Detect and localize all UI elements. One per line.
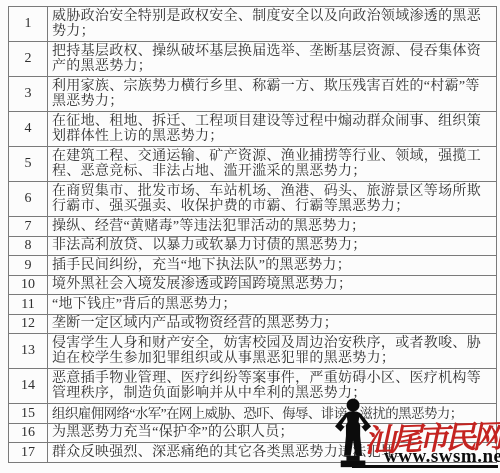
table-row: 10境外黑社会入境发展渗透或跨国跨境黑恶势力； — [9, 275, 497, 295]
row-text-cell: 把持基层政权、操纵破坏基层换届选举、垄断基层资源、侵吞集体资产的黑恶势力； — [48, 42, 497, 77]
row-number-cell: 11 — [9, 295, 48, 315]
table-row: 6在商贸集市、批发市场、车站机场、渔港、码头、旅游景区等场所欺行霸市、强买强卖、… — [9, 182, 497, 217]
table-row: 13侵害学生人身和财产安全，妨害校园及周边治安秩序，或者教唆、胁迫在校学生参加犯… — [9, 334, 497, 369]
row-text-cell: 组织雇佣网络“水军”在网上威胁、恐吓、侮辱、诽谤、滋扰的黑恶势力； — [48, 404, 497, 424]
row-number-cell: 2 — [9, 42, 48, 77]
row-number-cell: 15 — [9, 404, 48, 424]
row-text-cell: 在建筑工程、交通运输、矿产资源、渔业捕捞等行业、领域，强揽工程、恶意竞标、非法占… — [48, 147, 497, 182]
row-number-cell: 6 — [9, 182, 48, 217]
table-row: 3利用家族、宗族势力横行乡里、称霸一方、欺压残害百姓的“村霸”等黑恶势力； — [9, 77, 497, 112]
row-number-cell: 17 — [9, 443, 48, 463]
row-text-cell: 在商贸集市、批发市场、车站机场、渔港、码头、旅游景区等场所欺行霸市、强买强卖、收… — [48, 182, 497, 217]
table-row: 5在建筑工程、交通运输、矿产资源、渔业捕捞等行业、领域，强揽工程、恶意竞标、非法… — [9, 147, 497, 182]
row-text-cell: 群众反映强烈、深恶痛绝的其它各类黑恶势力违法犯罪。 — [48, 443, 497, 463]
row-text-cell: 插手民间纠纷，充当“地下执法队”的黑恶势力； — [48, 256, 497, 276]
black-evil-forces-table: 1威胁政治安全特别是政权安全、制度安全以及向政治领域渗透的黑恶势力； 2把持基层… — [8, 6, 497, 463]
row-text-cell: 非法高利放贷、以暴力或软暴力讨债的黑恶势力； — [48, 236, 497, 256]
table-row: 16为黑恶势力充当“保护伞”的公职人员； — [9, 423, 497, 443]
row-text-cell: 在征地、租地、拆迁、工程项目建设等过程中煽动群众闹事、组织策划群体性上访的黑恶势… — [48, 112, 497, 147]
row-number-cell: 1 — [9, 7, 48, 42]
table-row: 11“地下钱庄”背后的黑恶势力； — [9, 295, 497, 315]
row-text-cell: 垄断一定区域内产品或物资经营的黑恶势力； — [48, 314, 497, 334]
row-number-cell: 14 — [9, 369, 48, 404]
row-text-cell: 威胁政治安全特别是政权安全、制度安全以及向政治领域渗透的黑恶势力； — [48, 7, 497, 42]
row-number-cell: 4 — [9, 112, 48, 147]
row-text-cell: 操纵、经营“黄赌毒”等违法犯罪活动的黑恶势力； — [48, 217, 497, 237]
row-number-cell: 16 — [9, 423, 48, 443]
table-row: 17群众反映强烈、深恶痛绝的其它各类黑恶势力违法犯罪。 — [9, 443, 497, 463]
row-number-cell: 8 — [9, 236, 48, 256]
row-number-cell: 12 — [9, 314, 48, 334]
row-number-cell: 13 — [9, 334, 48, 369]
row-text-cell: 恶意插手物业管理、医疗纠纷等案事件，严重妨碍小区、医疗机构等管理秩序，制造负面影… — [48, 369, 497, 404]
table-row: 4在征地、租地、拆迁、工程项目建设等过程中煽动群众闹事、组织策划群体性上访的黑恶… — [9, 112, 497, 147]
watermark-underline — [352, 465, 498, 468]
table-row: 7操纵、经营“黄赌毒”等违法犯罪活动的黑恶势力； — [9, 217, 497, 237]
table-row: 1威胁政治安全特别是政权安全、制度安全以及向政治领域渗透的黑恶势力； — [9, 7, 497, 42]
row-text-cell: 侵害学生人身和财产安全，妨害校园及周边治安秩序，或者教唆、胁迫在校学生参加犯罪组… — [48, 334, 497, 369]
table-row: 12垄断一定区域内产品或物资经营的黑恶势力； — [9, 314, 497, 334]
table-row: 2把持基层政权、操纵破坏基层换届选举、垄断基层资源、侵吞集体资产的黑恶势力； — [9, 42, 497, 77]
table-row: 15组织雇佣网络“水军”在网上威胁、恐吓、侮辱、诽谤、滋扰的黑恶势力； — [9, 404, 497, 424]
row-number-cell: 5 — [9, 147, 48, 182]
row-number-cell: 9 — [9, 256, 48, 276]
row-number-cell: 10 — [9, 275, 48, 295]
table-row: 8非法高利放贷、以暴力或软暴力讨债的黑恶势力； — [9, 236, 497, 256]
row-text-cell: 利用家族、宗族势力横行乡里、称霸一方、欺压残害百姓的“村霸”等黑恶势力； — [48, 77, 497, 112]
table-body: 1威胁政治安全特别是政权安全、制度安全以及向政治领域渗透的黑恶势力； 2把持基层… — [9, 7, 497, 463]
row-text-cell: 为黑恶势力充当“保护伞”的公职人员； — [48, 423, 497, 443]
row-number-cell: 7 — [9, 217, 48, 237]
row-number-cell: 3 — [9, 77, 48, 112]
row-text-cell: “地下钱庄”背后的黑恶势力； — [48, 295, 497, 315]
table-row: 14恶意插手物业管理、医疗纠纷等案事件，严重妨碍小区、医疗机构等管理秩序，制造负… — [9, 369, 497, 404]
table-row: 9插手民间纠纷，充当“地下执法队”的黑恶势力； — [9, 256, 497, 276]
row-text-cell: 境外黑社会入境发展渗透或跨国跨境黑恶势力； — [48, 275, 497, 295]
